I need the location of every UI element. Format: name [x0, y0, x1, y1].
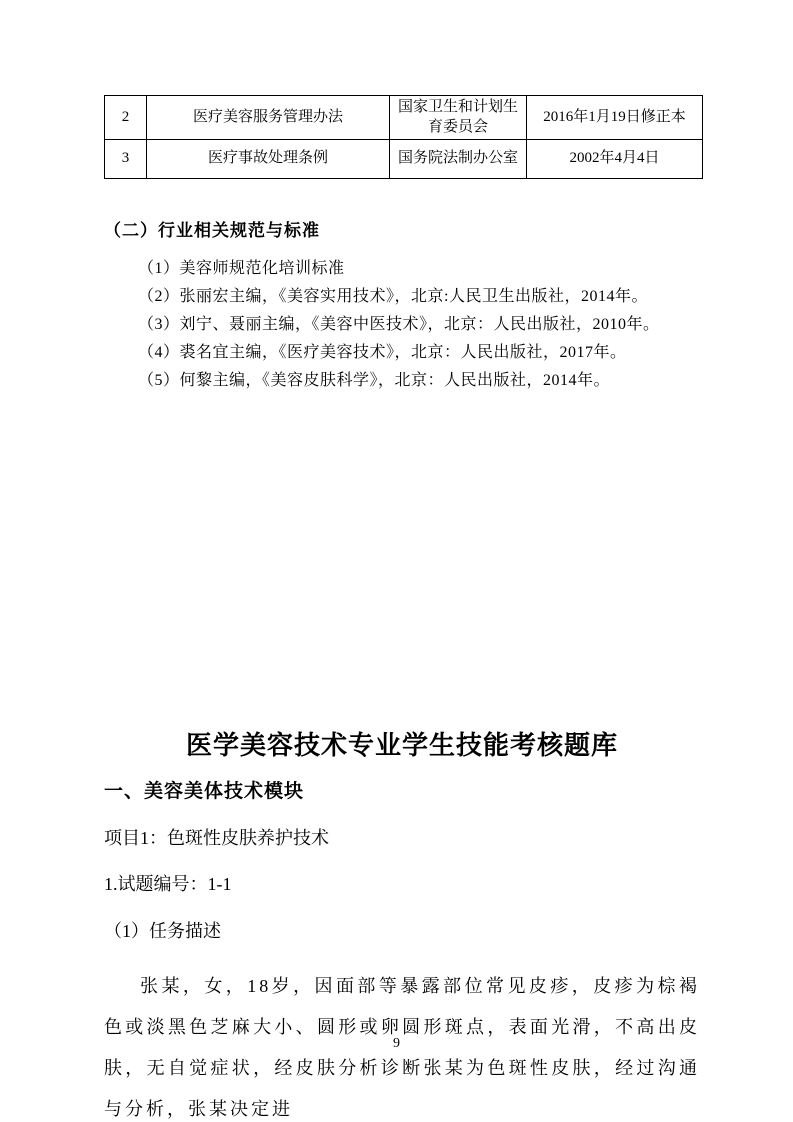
table-cell-number: 3: [105, 140, 147, 179]
table-cell-regulation-name: 医疗美容服务管理办法: [147, 96, 390, 140]
question-number-line: 1.试题编号：1-1: [104, 870, 700, 896]
list-item: （3）刘宁、聂丽主编，《美容中医技术》，北京：人民出版社，2010年。: [138, 311, 700, 339]
table-cell-regulation-name: 医疗事故处理条例: [147, 140, 390, 179]
table-row: 3 医疗事故处理条例 国务院法制办公室 2002年4月4日: [105, 140, 703, 179]
regulations-table: 2 医疗美容服务管理办法 国家卫生和计划生育委员会 2016年1月19日修正本 …: [104, 95, 703, 179]
section-heading: （二）行业相关规范与标准: [104, 216, 700, 241]
list-item: （4）裘名宜主编，《医疗美容技术》，北京：人民出版社，2017年。: [138, 339, 700, 367]
module-heading: 一、美容美体技术模块: [104, 776, 700, 803]
page-number: 9: [0, 1036, 793, 1052]
main-title: 医学美容技术专业学生技能考核题库: [104, 725, 700, 762]
table-cell-date: 2016年1月19日修正本: [527, 96, 703, 140]
list-item: （2）张丽宏主编，《美容实用技术》，北京:人民卫生出版社，2014年。: [138, 283, 700, 311]
list-item: （1）美容师规范化培训标准: [138, 255, 700, 283]
reference-list: （1）美容师规范化培训标准 （2）张丽宏主编，《美容实用技术》，北京:人民卫生出…: [138, 255, 700, 395]
task-description-label: （1）任务描述: [104, 917, 700, 943]
document-content: 2 医疗美容服务管理办法 国家卫生和计划生育委员会 2016年1月19日修正本 …: [0, 0, 793, 1122]
document-page: 2 医疗美容服务管理办法 国家卫生和计划生育委员会 2016年1月19日修正本 …: [0, 0, 793, 1122]
table-cell-number: 2: [105, 96, 147, 140]
table-cell-issuing-org: 国务院法制办公室: [390, 140, 527, 179]
list-item: （5）何黎主编，《美容皮肤科学》，北京：人民出版社，2014年。: [138, 367, 700, 395]
project-line: 项目1：色斑性皮肤养护技术: [104, 824, 700, 850]
table-row: 2 医疗美容服务管理办法 国家卫生和计划生育委员会 2016年1月19日修正本: [105, 96, 703, 140]
table-cell-issuing-org: 国家卫生和计划生育委员会: [390, 96, 527, 140]
table-cell-date: 2002年4月4日: [527, 140, 703, 179]
